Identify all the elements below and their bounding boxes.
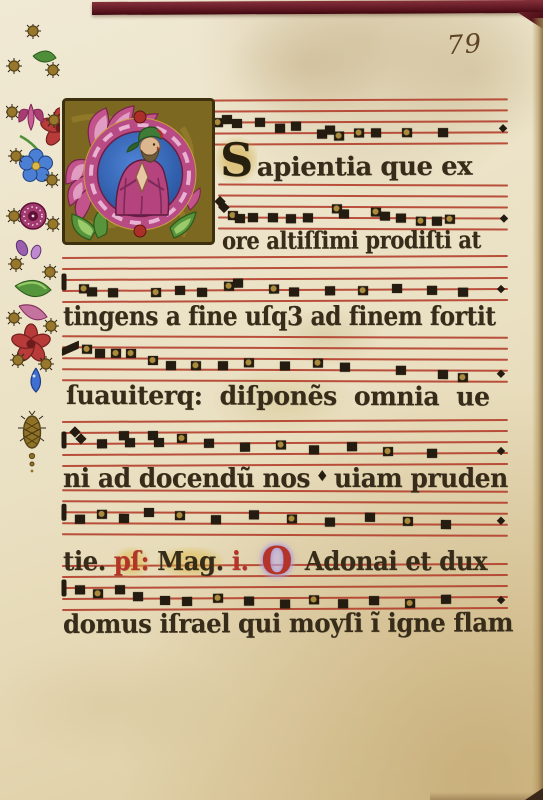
- staff-line: [62, 335, 508, 339]
- neume: [204, 439, 214, 448]
- neume: [334, 131, 344, 140]
- chant-text: apientia que ex: [257, 152, 473, 183]
- neume: [108, 288, 118, 297]
- neume: [347, 443, 357, 452]
- neume: [175, 511, 185, 520]
- neume: [191, 361, 201, 370]
- neume: [244, 358, 254, 367]
- neume: [235, 214, 245, 223]
- chant-text-line-7: domus iſrael qui moyſi ĩ igne flam: [63, 608, 513, 640]
- floral-border-decoration: [6, 24, 60, 474]
- neume: [198, 288, 208, 297]
- neume: [291, 122, 301, 131]
- neume: [338, 599, 348, 608]
- manuscript-page: 79: [0, 0, 543, 800]
- neume: [93, 589, 103, 598]
- neume: [280, 599, 290, 608]
- neume: [325, 286, 335, 295]
- neume: [75, 586, 85, 595]
- neume: [154, 438, 164, 447]
- red-knob-bottom: [134, 225, 146, 237]
- neume: [340, 362, 350, 371]
- neume: [396, 366, 406, 375]
- neume: [427, 449, 437, 458]
- clef-mark: [61, 504, 66, 521]
- page-block-edge-bottom: [430, 792, 543, 800]
- binding-edge-top: [92, 0, 543, 15]
- staff-line: [62, 266, 508, 270]
- neume: [177, 433, 187, 442]
- decorated-initial-S: S: [216, 133, 257, 187]
- neume: [269, 284, 279, 293]
- neume: [289, 288, 299, 297]
- staff-line: [198, 120, 508, 123]
- chant-text-line-1: Sapientia que ex: [216, 141, 472, 183]
- chant-text-line-6: tie. pſ: Mag. i. O Adonai et dux: [63, 538, 487, 583]
- neume: [255, 118, 265, 127]
- neume: [458, 373, 468, 382]
- page-block-edge-right: [532, 18, 543, 800]
- rubric-psalm-abbrev: pſ:: [114, 547, 149, 577]
- neume: [111, 349, 121, 358]
- chant-text-line-2: ore altiſſimi prodiſti at: [222, 225, 481, 255]
- historiated-initial-O: [62, 98, 215, 245]
- manuscript-photo: 79: [0, 0, 543, 800]
- music-stave: [62, 255, 508, 301]
- custos-mark: [497, 285, 505, 293]
- folio-number: 79: [446, 29, 483, 61]
- clef-mark: [61, 274, 66, 291]
- staff-line: [218, 216, 508, 219]
- staff-line: [62, 419, 508, 423]
- neume: [62, 341, 79, 357]
- rubric-i: i.: [232, 547, 249, 577]
- neume: [249, 511, 259, 520]
- neume: [115, 585, 125, 594]
- neume: [211, 515, 221, 524]
- neume: [371, 128, 381, 137]
- neume: [287, 514, 297, 523]
- neume: [440, 520, 450, 529]
- neume: [213, 594, 223, 603]
- chant-text: ni ad docendũ nos: [63, 464, 310, 494]
- chant-text-line-5: ni ad docendũ nos♦uiam pruden: [63, 464, 508, 494]
- neume: [182, 597, 192, 606]
- magnificat-abbrev: Mag.: [157, 547, 224, 577]
- neume: [383, 447, 393, 456]
- neume: [175, 286, 185, 295]
- neume: [358, 286, 368, 295]
- neume: [244, 597, 254, 606]
- neume: [458, 288, 468, 297]
- neume: [133, 592, 143, 601]
- neume: [125, 439, 135, 448]
- neume: [166, 361, 176, 370]
- red-knob-top: [134, 111, 146, 123]
- neume: [402, 128, 412, 137]
- custos-mark: [499, 214, 507, 222]
- neume: [218, 361, 228, 370]
- neume: [303, 213, 313, 222]
- neume: [438, 370, 448, 379]
- neume: [97, 439, 107, 448]
- music-stave: [62, 335, 508, 381]
- clef-mark: [61, 431, 66, 448]
- neume: [95, 349, 105, 358]
- chant-text-line-3: tingens a fine uſq3 ad finem fortit: [63, 302, 496, 332]
- neume: [354, 128, 364, 137]
- staff-line: [62, 288, 508, 292]
- neume: [396, 214, 406, 223]
- neume: [240, 443, 250, 452]
- music-stave: [62, 489, 508, 535]
- diamond-punctus-icon: ♦: [316, 467, 328, 485]
- neume: [392, 284, 402, 293]
- neume: [276, 441, 286, 450]
- chant-text: Adonai et dux: [305, 547, 487, 577]
- neume: [280, 361, 290, 370]
- neume: [233, 279, 243, 288]
- neume: [365, 513, 375, 522]
- neume: [87, 287, 97, 296]
- chant-text: uiam pruden: [334, 464, 508, 494]
- staff-line: [218, 205, 508, 208]
- staff-line: [62, 255, 508, 259]
- staff-line: [218, 183, 508, 186]
- staff-line: [62, 533, 508, 537]
- neume: [427, 286, 437, 295]
- neume: [380, 211, 390, 220]
- neume: [126, 349, 136, 358]
- staff-line: [62, 452, 508, 456]
- neume: [75, 514, 85, 523]
- neume: [339, 209, 349, 218]
- neume: [268, 213, 278, 222]
- staff-line: [198, 98, 508, 101]
- neume: [275, 124, 285, 133]
- neume: [97, 510, 107, 519]
- neume: [441, 595, 451, 604]
- neume: [285, 214, 295, 223]
- neume: [309, 596, 319, 605]
- music-stave: [62, 419, 508, 465]
- neume: [403, 517, 413, 526]
- neume: [119, 513, 129, 522]
- neume: [405, 598, 415, 607]
- chant-text: tie.: [63, 547, 106, 577]
- neume: [151, 288, 161, 297]
- neume: [82, 345, 92, 354]
- neume: [325, 517, 335, 526]
- chant-text-line-4: ſuauiterq: diſponẽs omnia ue: [66, 381, 490, 413]
- neume: [309, 445, 319, 454]
- music-stave: [218, 183, 508, 228]
- neume: [438, 128, 448, 137]
- red-versal-initial-O: O: [259, 538, 295, 583]
- staff-line: [62, 500, 508, 504]
- staff-line: [218, 194, 508, 197]
- neume: [144, 508, 154, 517]
- neume: [248, 213, 258, 222]
- staff-line: [198, 109, 508, 112]
- neume: [445, 214, 455, 223]
- neume: [160, 596, 170, 605]
- neume: [369, 596, 379, 605]
- neume: [313, 359, 323, 368]
- staff-line: [62, 585, 508, 589]
- neume: [232, 119, 242, 128]
- neume: [148, 356, 158, 365]
- staff-line: [62, 277, 508, 281]
